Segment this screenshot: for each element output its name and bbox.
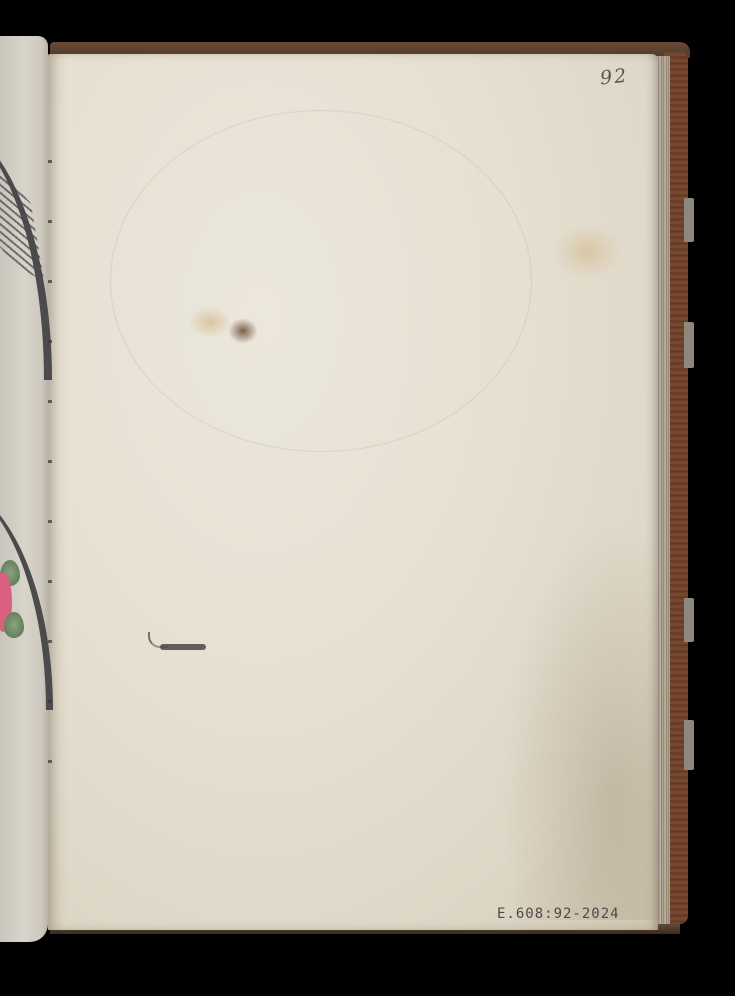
index-tab <box>684 198 694 242</box>
gutter-marks <box>48 160 52 820</box>
pencil-mark <box>160 644 206 650</box>
smudge <box>500 520 660 920</box>
leaf-drawing <box>4 612 24 638</box>
stain-halo <box>188 306 232 338</box>
stain-spot <box>228 318 258 344</box>
accession-number: E.608:92-2024 <box>497 906 620 922</box>
page-number: 92 <box>599 65 629 90</box>
index-tab <box>684 598 694 642</box>
index-tab <box>684 720 694 770</box>
faint-circle-impression <box>110 110 532 452</box>
index-tab <box>684 322 694 368</box>
